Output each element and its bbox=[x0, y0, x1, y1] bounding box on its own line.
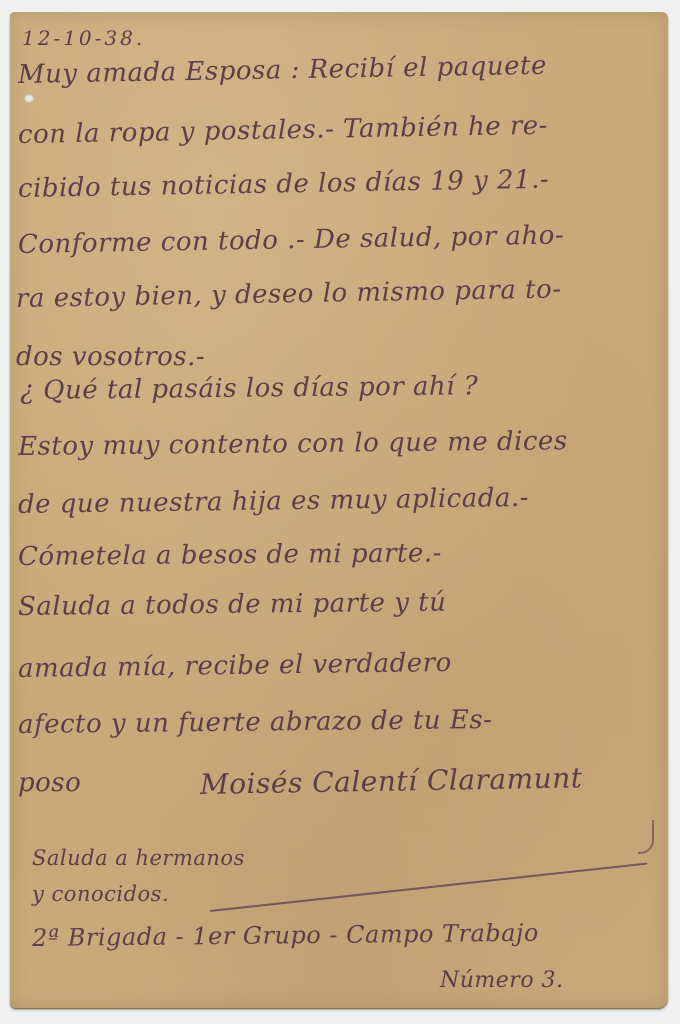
address-line-2: Número 3. bbox=[440, 968, 564, 993]
flourish-stroke bbox=[210, 862, 648, 912]
letter-line-14: poso bbox=[18, 768, 81, 798]
letter-line-3: cibido tus noticias de los días 19 y 21.… bbox=[18, 165, 550, 204]
letter-line-8: Estoy muy contento con lo que me dices bbox=[18, 426, 568, 462]
signature: Moisés Calentí Claramunt bbox=[200, 761, 583, 801]
letter-line-1: Muy amada Esposa : Recibí el paquete bbox=[18, 51, 547, 90]
letter-line-6: dos vosotros.- bbox=[16, 342, 205, 372]
letter-line-4: Conforme con todo .- De salud, por aho- bbox=[18, 220, 565, 260]
letter-line-5: ra estoy bien, y deseo lo mismo para to- bbox=[16, 274, 562, 314]
letter-line-9: de que nuestra hija es muy aplicada.- bbox=[18, 483, 529, 520]
postscript-line-2: y conocidos. bbox=[32, 882, 169, 906]
letter-line-13: afecto y un fuerte abrazo de tu Es- bbox=[18, 705, 493, 740]
letter-line-11: Saluda a todos de mi parte y tú bbox=[18, 588, 447, 622]
address-line-1: 2ª Brigada - 1er Grupo - Campo Trabajo bbox=[32, 919, 539, 952]
signature-flourish bbox=[638, 820, 654, 854]
letter-line-10: Cómetela a besos de mi parte.- bbox=[18, 538, 442, 572]
letter-line-12: amada mía, recibe el verdadero bbox=[18, 648, 452, 684]
letter-date: 12-10-38. bbox=[22, 26, 145, 50]
postscript-line-1: Saluda a hermanos bbox=[32, 846, 245, 870]
letter-line-7: ¿ Qué tal pasáis los días por ahí ? bbox=[20, 371, 479, 406]
punch-hole bbox=[24, 94, 34, 103]
postcard: 12-10-38. Muy amada Esposa : Recibí el p… bbox=[10, 12, 668, 1008]
letter-line-2: con la ropa y postales.- También he re- bbox=[18, 111, 548, 150]
